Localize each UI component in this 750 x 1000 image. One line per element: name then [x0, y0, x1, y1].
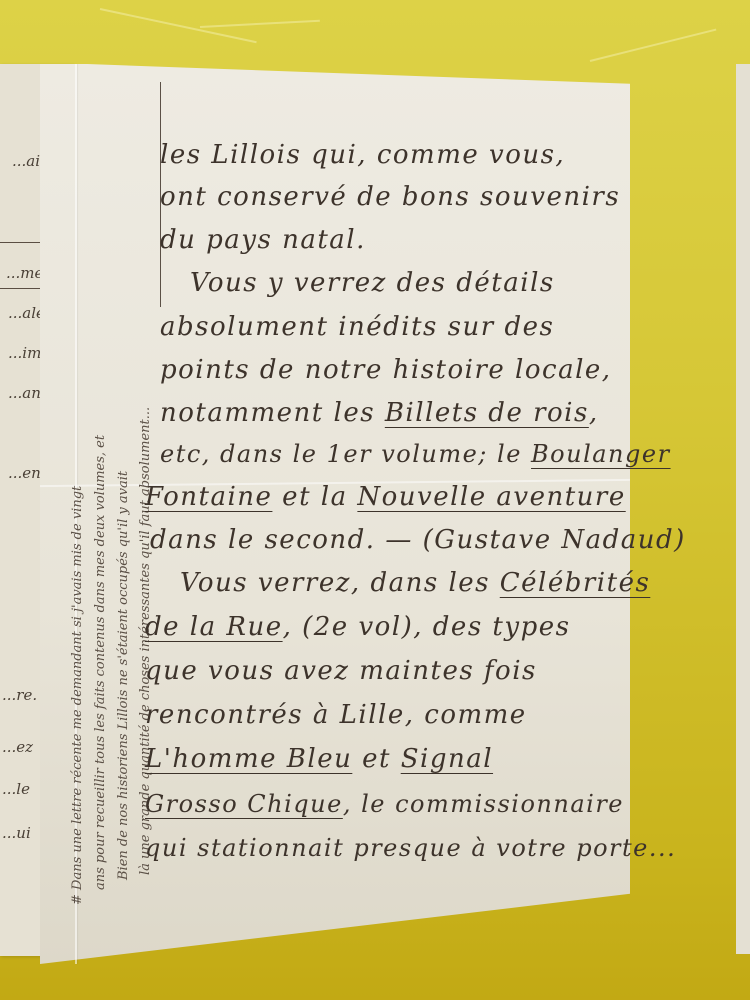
letter-line: etc, dans le 1er volume; le Boulanger — [160, 440, 671, 468]
margin-note-line: ans pour recueillir tous les faits conte… — [93, 435, 108, 890]
letter-line: Vous y verrez des détails — [190, 268, 555, 298]
letter-line: Vous verrez, dans les Célébrités — [180, 568, 650, 598]
letter-line: points de notre histoire locale, — [160, 355, 612, 385]
letter-line: qui stationnait presque à votre porte... — [145, 834, 676, 862]
margin-note-line: # Dans une lettre récente me demandant s… — [70, 486, 85, 905]
left-page-fragment: ...ale — [8, 304, 45, 322]
left-page-underline — [0, 288, 46, 289]
letter-line: rencontrés à Lille, comme — [145, 700, 527, 730]
letter-line: absolument inédits sur des — [160, 312, 554, 342]
left-page-fragment: ...ez — [2, 738, 33, 756]
left-page-fragment: ...le — [2, 780, 30, 798]
letter-line: Grosso Chique, le commissionnaire — [145, 790, 624, 818]
letter-line: L'homme Bleu et Signal — [145, 744, 493, 774]
right-adjacent-page — [736, 64, 750, 954]
left-page-fragment: ...aii — [12, 152, 45, 170]
left-page-fragment: ...re. — [2, 686, 37, 704]
letter-line: de la Rue, (2e vol), des types — [145, 612, 570, 642]
background-crease — [200, 20, 320, 28]
letter-line: Fontaine et la Nouvelle aventure — [145, 482, 626, 512]
background-crease — [590, 29, 717, 62]
letter-line: que vous avez maintes fois — [145, 656, 537, 686]
left-page-fragment: ...ui — [2, 824, 31, 842]
margin-note-line: Bien de nos historiens Lillois ne s'étai… — [116, 471, 131, 880]
letter-line: du pays natal. — [160, 225, 366, 255]
letter-line: dans le second. — (Gustave Nadaud) — [150, 525, 686, 555]
letter-line: notamment les Billets de rois, — [160, 398, 599, 428]
letter-line: les Lillois qui, comme vous, — [160, 140, 565, 170]
letter-line: ont conservé de bons souvenirs — [160, 182, 620, 212]
left-page-fragment: ...me — [6, 264, 43, 282]
